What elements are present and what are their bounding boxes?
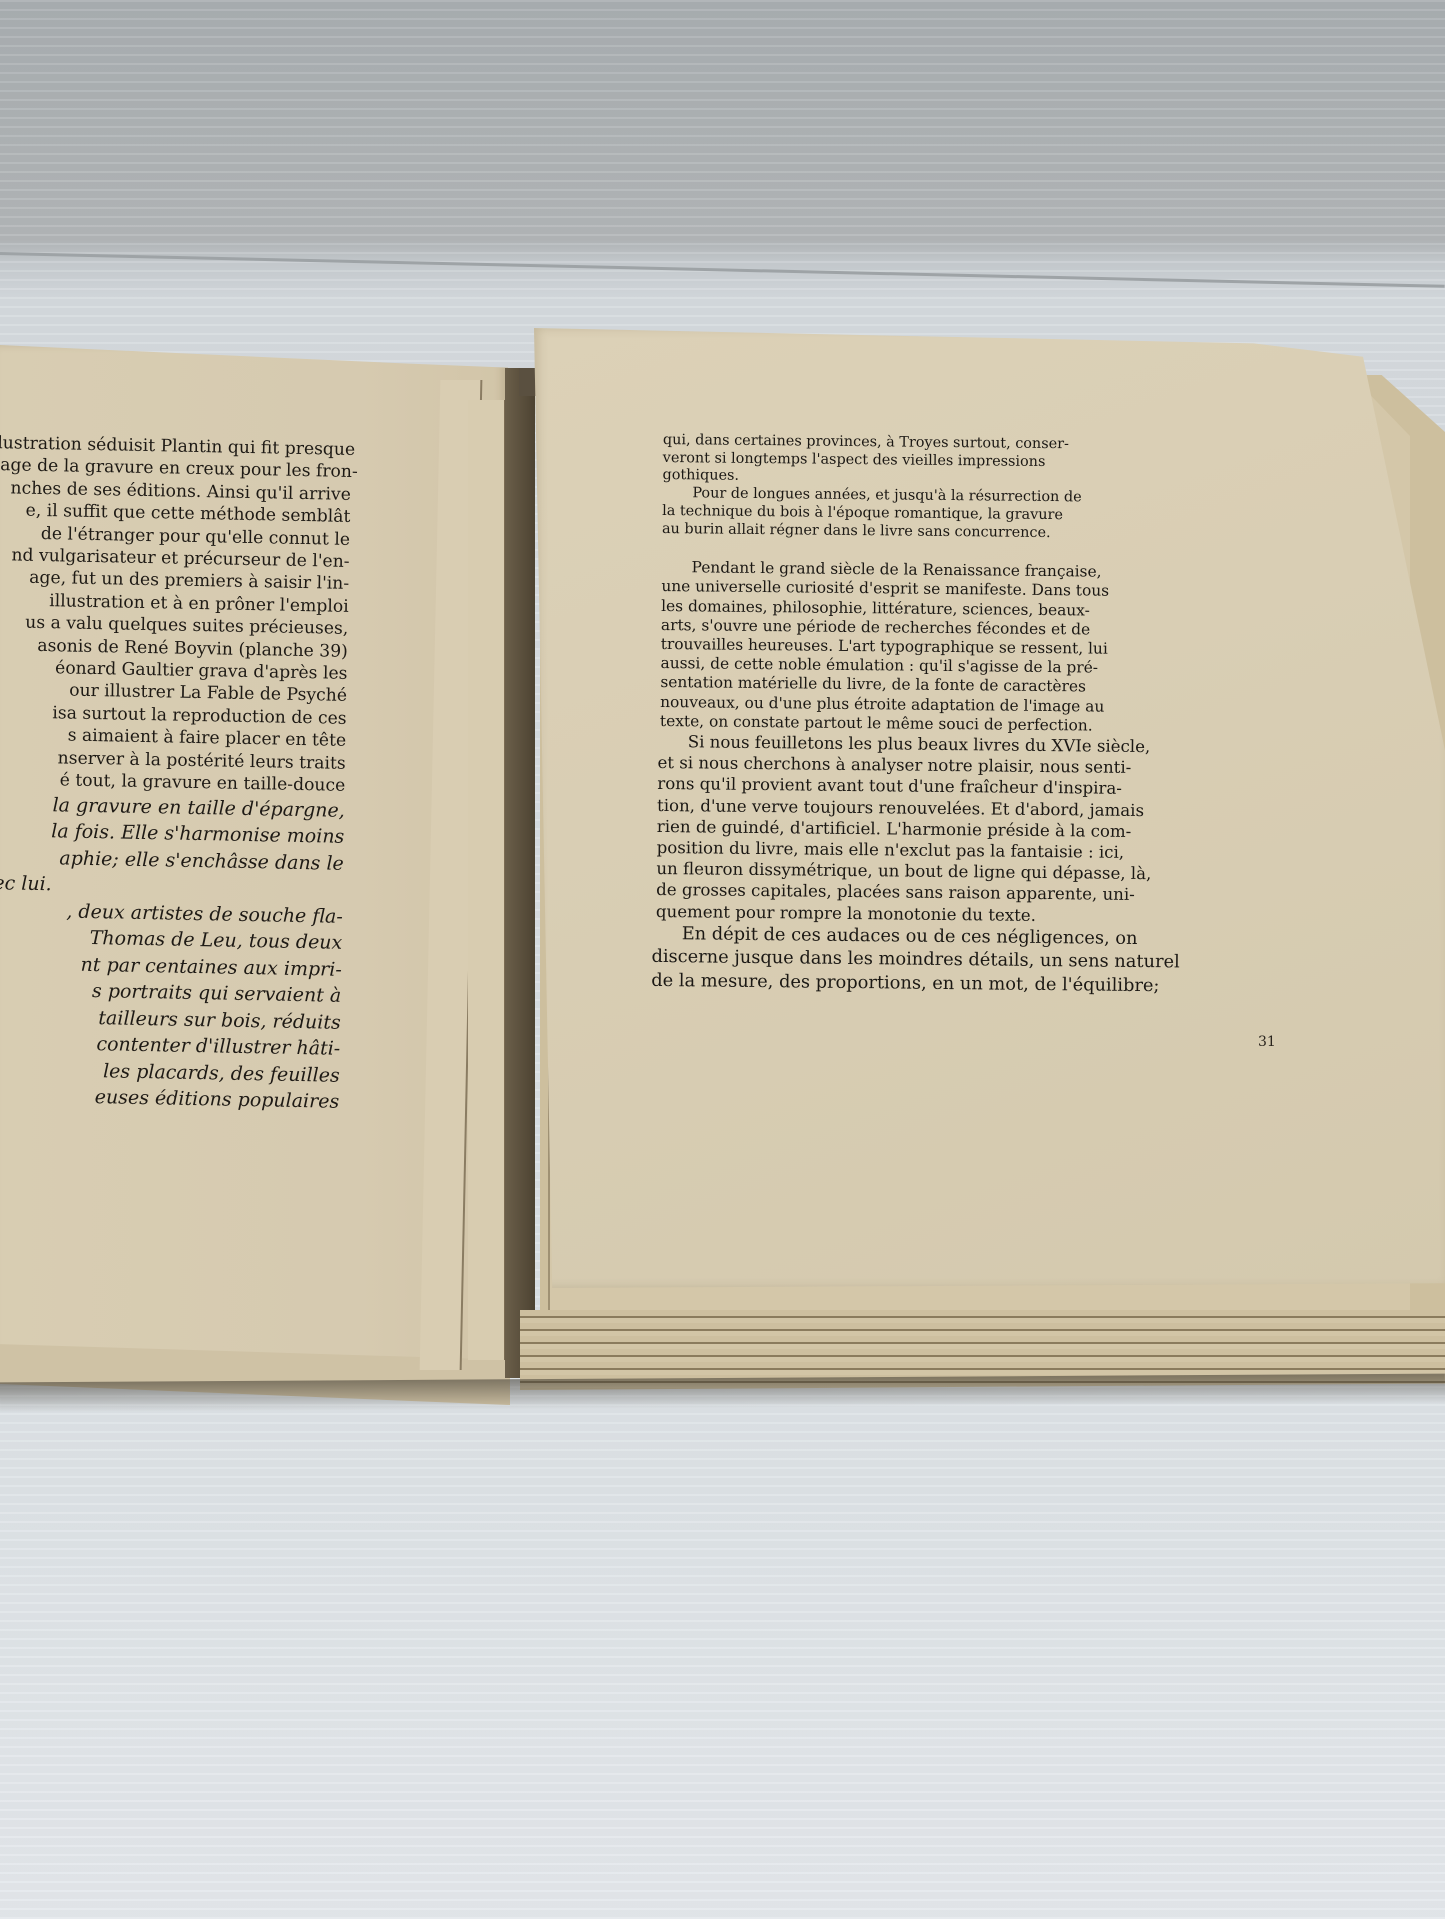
paragraph: Si nous feuilletons les plus beaux livre… [656, 731, 1260, 928]
page-number: 31 [1258, 1034, 1276, 1050]
left-page-text: llustration séduisit Plantin qui fit pre… [0, 432, 352, 1115]
paragraph: Pendant le grand siècle de la Renaissanc… [660, 558, 1262, 737]
paragraph: En dépit de ces audaces ou de ces néglig… [651, 922, 1258, 999]
paragraph: qui, dans certaines provinces, à Troyes … [662, 432, 1263, 544]
right-page-text: qui, dans certaines provinces, à Troyes … [657, 432, 1263, 999]
spine-headband [519, 368, 537, 396]
left-inner-leaf [468, 400, 506, 1360]
background-edge [0, 252, 1445, 288]
book-spine [505, 368, 535, 1378]
